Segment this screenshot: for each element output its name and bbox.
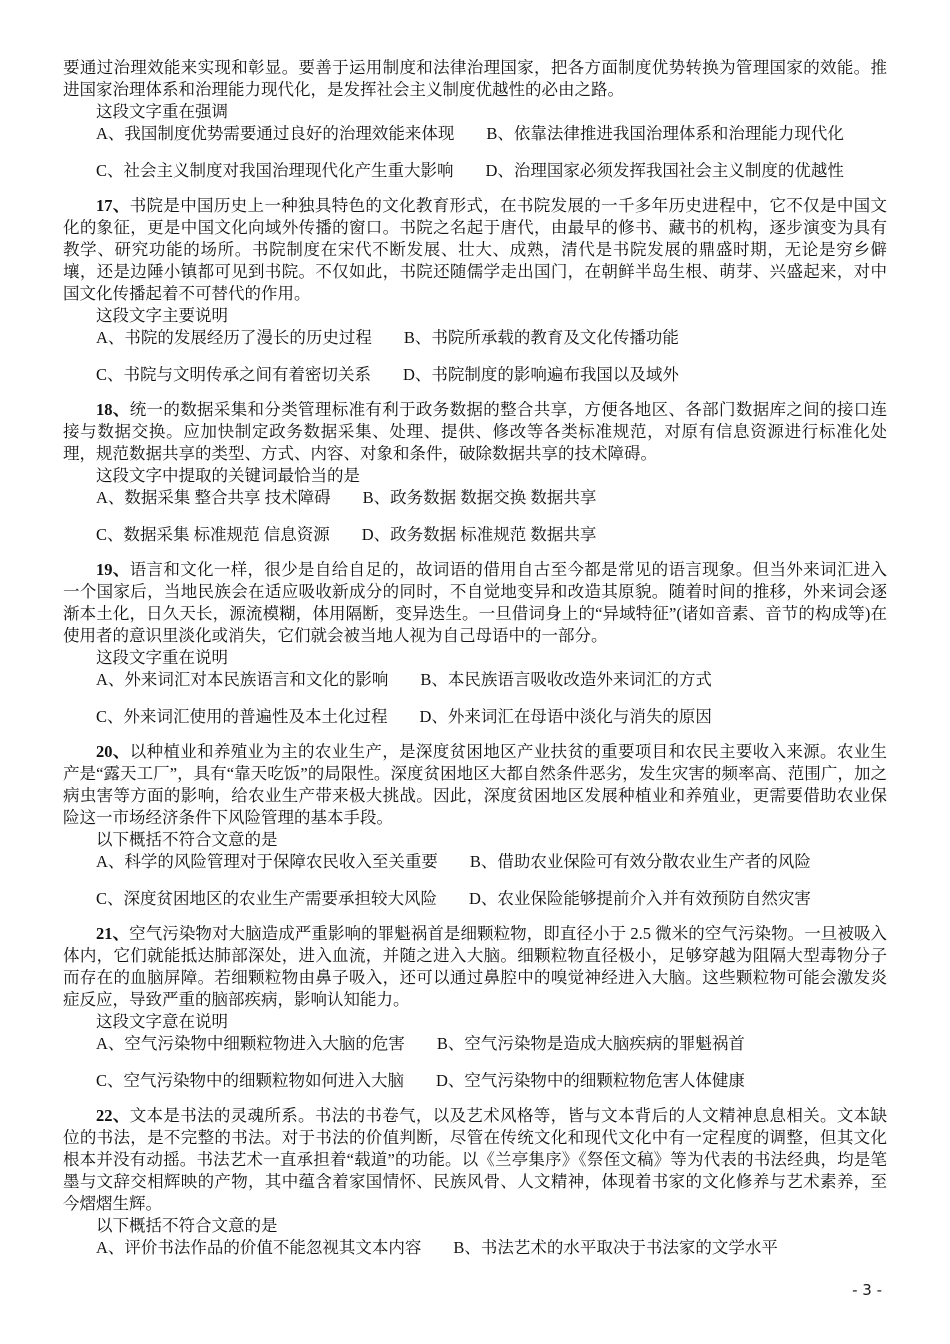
option-c: C、社会主义制度对我国治理现代化产生重大影响	[96, 160, 454, 182]
option-a: A、书院的发展经历了漫长的历史过程	[96, 327, 372, 349]
option-d: D、农业保险能够提前介入并有效预防自然灾害	[469, 888, 811, 910]
question-block-17: 17、书院是中国历史上一种独具特色的文化教育形式，在书院发展的一千多年历史进程中…	[63, 195, 887, 386]
option-a: A、科学的风险管理对于保障农民收入至关重要	[96, 851, 438, 873]
question-number: 18、	[96, 400, 130, 419]
question-block-18: 18、统一的数据采集和分类管理标准有利于政务数据的整合共享，方便各地区、各部门数…	[63, 399, 887, 546]
option-c: C、空气污染物中的细颗粒物如何进入大脑	[96, 1070, 404, 1092]
question-prompt: 这段文字主要说明	[63, 305, 887, 327]
option-d: D、治理国家必须发挥我国社会主义制度的优越性	[486, 160, 844, 182]
option-a: A、评价书法作品的价值不能忽视其文本内容	[96, 1237, 421, 1259]
option-b: B、书院所承载的教育及文化传播功能	[404, 327, 679, 349]
question-prompt: 这段文字中提取的关键词最恰当的是	[63, 465, 887, 487]
question-number: 17、	[96, 196, 130, 215]
option-b: B、书法艺术的水平取决于书法家的文学水平	[453, 1237, 778, 1259]
question-stem: 22、文本是书法的灵魂所系。书法的书卷气，以及艺术风格等，皆与文本背后的人文精神…	[63, 1105, 887, 1215]
option-b: B、本民族语言吸收改造外来词汇的方式	[420, 669, 712, 691]
option-b: B、政务数据 数据交换 数据共享	[363, 487, 597, 509]
option-b: B、借助农业保险可有效分散农业生产者的风险	[470, 851, 811, 873]
question-number: 21、	[96, 924, 129, 943]
option-row-cd: C、书院与文明传承之间有着密切关系 D、书院制度的影响遍布我国以及域外	[63, 364, 887, 386]
question-stem: 19、语言和文化一样，很少是自给自足的，故词语的借用自古至今都是常见的语言现象。…	[63, 559, 887, 647]
question-stem-text: 书院是中国历史上一种独具特色的文化教育形式，在书院发展的一千多年历史进程中，它不…	[63, 196, 887, 303]
question-number: 19、	[96, 560, 130, 579]
option-c: C、深度贫困地区的农业生产需要承担较大风险	[96, 888, 437, 910]
option-b: B、空气污染物是造成大脑疾病的罪魁祸首	[437, 1033, 745, 1055]
option-a: A、数据采集 整合共享 技术障碍	[96, 487, 331, 509]
option-row-ab: A、评价书法作品的价值不能忽视其文本内容 B、书法艺术的水平取决于书法家的文学水…	[63, 1237, 887, 1259]
option-row-cd: C、数据采集 标准规范 信息资源 D、政务数据 标准规范 数据共享	[63, 524, 887, 546]
option-row-ab: A、数据采集 整合共享 技术障碍 B、政务数据 数据交换 数据共享	[63, 487, 887, 509]
option-d: D、书院制度的影响遍布我国以及域外	[403, 364, 679, 386]
question-stem-text: 要通过治理效能来实现和彰显。要善于运用制度和法律治理国家，把各方面制度优势转换为…	[63, 58, 887, 99]
question-prompt: 这段文字重在强调	[63, 101, 887, 123]
question-stem-text: 语言和文化一样，很少是自给自足的，故词语的借用自古至今都是常见的语言现象。但当外…	[63, 560, 887, 645]
question-number: 20、	[96, 742, 130, 761]
option-row-cd: C、深度贫困地区的农业生产需要承担较大风险 D、农业保险能够提前介入并有效预防自…	[63, 888, 887, 910]
question-stem-text: 统一的数据采集和分类管理标准有利于政务数据的整合共享，方便各地区、各部门数据库之…	[63, 400, 887, 463]
question-stem: 20、以种植业和养殖业为主的农业生产，是深度贫困地区产业扶贫的重要项目和农民主要…	[63, 741, 887, 829]
question-block-19: 19、语言和文化一样，很少是自给自足的，故词语的借用自古至今都是常见的语言现象。…	[63, 559, 887, 728]
question-stem-text: 空气污染物对大脑造成严重影响的罪魁祸首是细颗粒物，即直径小于 2.5 微米的空气…	[63, 924, 887, 1009]
option-a: A、我国制度优势需要通过良好的治理效能来体现	[96, 123, 454, 145]
question-prompt: 这段文字重在说明	[63, 647, 887, 669]
option-a: A、空气污染物中细颗粒物进入大脑的危害	[96, 1033, 405, 1055]
question-stem-text: 以种植业和养殖业为主的农业生产，是深度贫困地区产业扶贫的重要项目和农民主要收入来…	[63, 742, 887, 827]
option-row-ab: A、我国制度优势需要通过良好的治理效能来体现 B、依靠法律推进我国治理体系和治理…	[63, 123, 887, 145]
question-block-20: 20、以种植业和养殖业为主的农业生产，是深度贫困地区产业扶贫的重要项目和农民主要…	[63, 741, 887, 910]
question-stem: 17、书院是中国历史上一种独具特色的文化教育形式，在书院发展的一千多年历史进程中…	[63, 195, 887, 305]
document-page: 要通过治理效能来实现和彰显。要善于运用制度和法律治理国家，把各方面制度优势转换为…	[63, 57, 887, 1272]
question-block-22: 22、文本是书法的灵魂所系。书法的书卷气，以及艺术风格等，皆与文本背后的人文精神…	[63, 1105, 887, 1259]
question-block-21: 21、空气污染物对大脑造成严重影响的罪魁祸首是细颗粒物，即直径小于 2.5 微米…	[63, 923, 887, 1092]
option-d: D、政务数据 标准规范 数据共享	[362, 524, 597, 546]
question-stem: 要通过治理效能来实现和彰显。要善于运用制度和法律治理国家，把各方面制度优势转换为…	[63, 57, 887, 101]
option-row-cd: C、社会主义制度对我国治理现代化产生重大影响 D、治理国家必须发挥我国社会主义制…	[63, 160, 887, 182]
question-prompt: 以下概括不符合文意的是	[63, 829, 887, 851]
question-block-16: 要通过治理效能来实现和彰显。要善于运用制度和法律治理国家，把各方面制度优势转换为…	[63, 57, 887, 182]
question-prompt: 以下概括不符合文意的是	[63, 1215, 887, 1237]
option-d: D、空气污染物中的细颗粒物危害人体健康	[436, 1070, 745, 1092]
question-stem-text: 文本是书法的灵魂所系。书法的书卷气，以及艺术风格等，皆与文本背后的人文精神息息相…	[63, 1106, 887, 1213]
option-d: D、外来词汇在母语中淡化与消失的原因	[420, 706, 712, 728]
option-row-ab: A、外来词汇对本民族语言和文化的影响 B、本民族语言吸收改造外来词汇的方式	[63, 669, 887, 691]
option-row-cd: C、空气污染物中的细颗粒物如何进入大脑 D、空气污染物中的细颗粒物危害人体健康	[63, 1070, 887, 1092]
page-number: - 3 -	[852, 1281, 882, 1299]
option-c: C、书院与文明传承之间有着密切关系	[96, 364, 371, 386]
option-b: B、依靠法律推进我国治理体系和治理能力现代化	[486, 123, 844, 145]
option-c: C、数据采集 标准规范 信息资源	[96, 524, 330, 546]
option-row-cd: C、外来词汇使用的普遍性及本土化过程 D、外来词汇在母语中淡化与消失的原因	[63, 706, 887, 728]
question-prompt: 这段文字意在说明	[63, 1011, 887, 1033]
option-c: C、外来词汇使用的普遍性及本土化过程	[96, 706, 388, 728]
option-row-ab: A、空气污染物中细颗粒物进入大脑的危害 B、空气污染物是造成大脑疾病的罪魁祸首	[63, 1033, 887, 1055]
option-a: A、外来词汇对本民族语言和文化的影响	[96, 669, 388, 691]
option-row-ab: A、科学的风险管理对于保障农民收入至关重要 B、借助农业保险可有效分散农业生产者…	[63, 851, 887, 873]
question-stem: 21、空气污染物对大脑造成严重影响的罪魁祸首是细颗粒物，即直径小于 2.5 微米…	[63, 923, 887, 1011]
question-number: 22、	[96, 1106, 130, 1125]
option-row-ab: A、书院的发展经历了漫长的历史过程 B、书院所承载的教育及文化传播功能	[63, 327, 887, 349]
question-stem: 18、统一的数据采集和分类管理标准有利于政务数据的整合共享，方便各地区、各部门数…	[63, 399, 887, 465]
